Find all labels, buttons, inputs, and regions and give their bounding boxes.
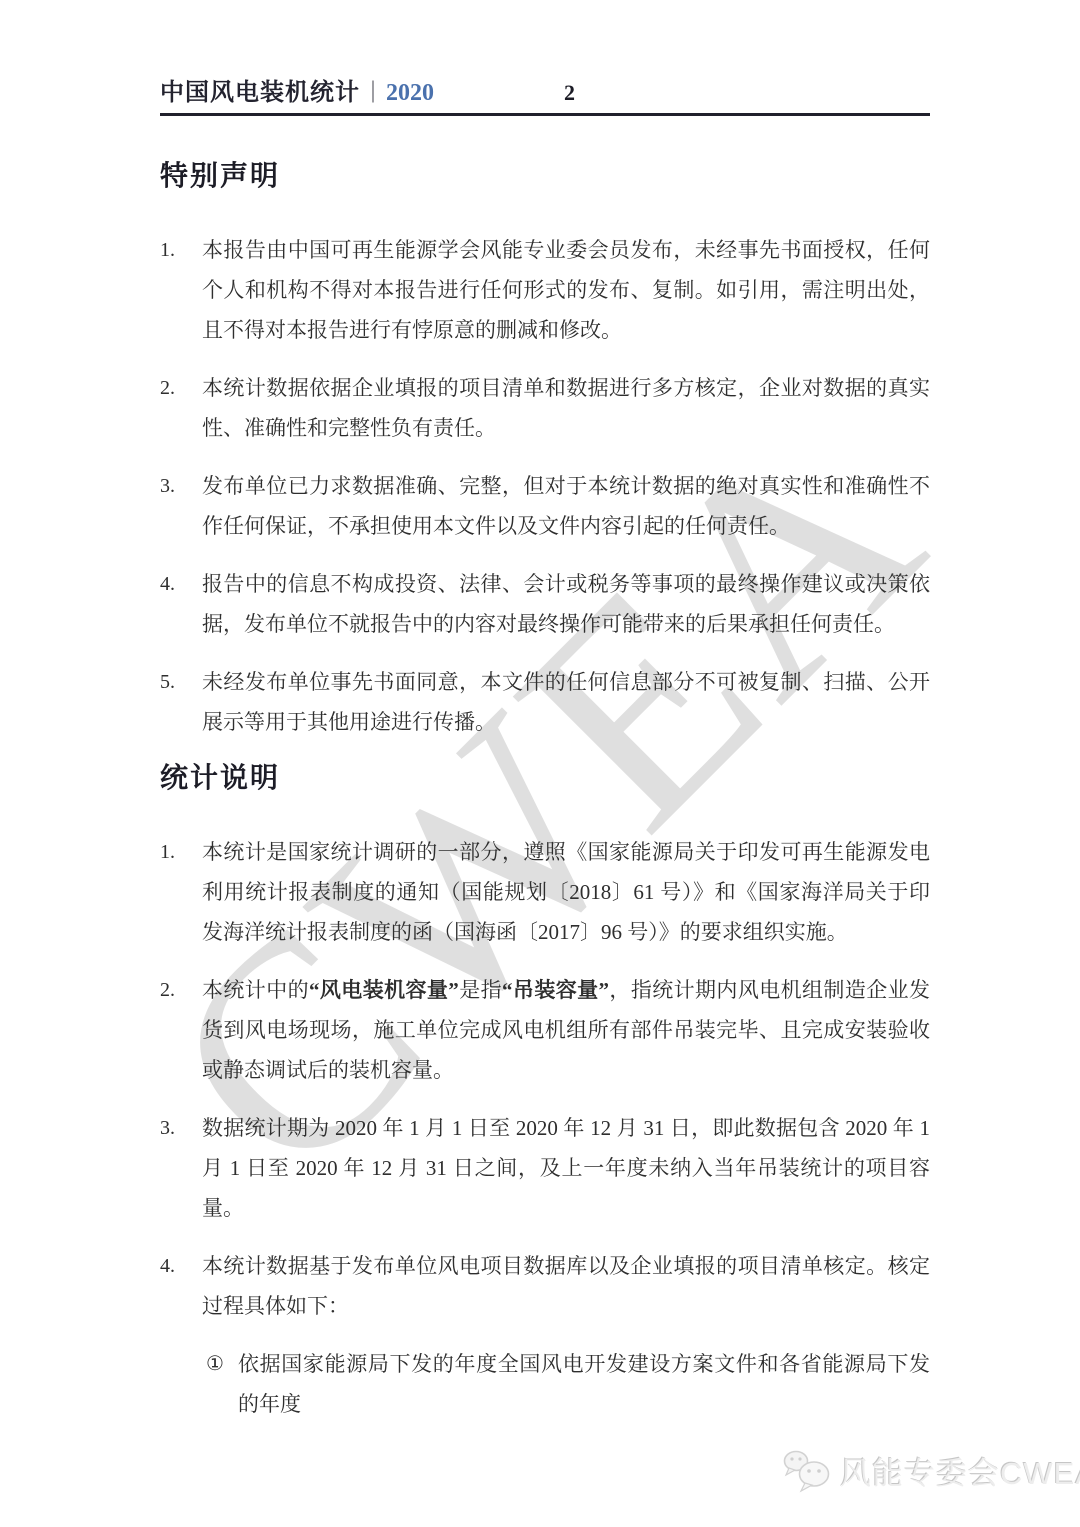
item-marker: 5. xyxy=(160,662,175,702)
item-text: 本统计中的“风电装机容量”是指“吊装容量”，指统计期内风电机组制造企业发货到风电… xyxy=(202,978,930,1082)
notes-item-4: 4. 本统计数据基于发布单位风电项目数据库以及企业填报的项目清单核定。核定过程具… xyxy=(160,1246,930,1326)
item-marker: 3. xyxy=(160,1108,175,1148)
notes-item-3: 3. 数据统计期为 2020 年 1 月 1 日至 2020 年 12 月 31… xyxy=(160,1108,930,1228)
notes-sub-item-1: ① 依据国家能源局下发的年度全国风电开发建设方案文件和各省能源局下发的年度 xyxy=(160,1344,930,1424)
wechat-icon xyxy=(782,1449,834,1493)
document-title: 中国风电装机统计 xyxy=(160,72,360,107)
section-heading-notes: 统计说明 xyxy=(160,762,930,796)
item-marker: 2. xyxy=(160,368,175,408)
declaration-item-3: 3. 发布单位已力求数据准确、完整，但对于本统计数据的绝对真实性和准确性不作任何… xyxy=(160,466,930,546)
item-marker: 2. xyxy=(160,970,175,1010)
section-heading-declaration: 特别声明 xyxy=(160,160,930,194)
footer-brand-text: 风能专委会CWEA xyxy=(840,1448,1080,1493)
notes-item-2: 2. 本统计中的“风电装机容量”是指“吊装容量”，指统计期内风电机组制造企业发货… xyxy=(160,970,930,1090)
declaration-item-4: 4. 报告中的信息不构成投资、法律、会计或税务等事项的最终操作建议或决策依据，发… xyxy=(160,564,930,644)
item-text: 未经发布单位事先书面同意，本文件的任何信息部分不可被复制、扫描、公开展示等用于其… xyxy=(202,670,930,734)
declaration-item-5: 5. 未经发布单位事先书面同意，本文件的任何信息部分不可被复制、扫描、公开展示等… xyxy=(160,662,930,742)
item-marker: 1. xyxy=(160,832,175,872)
item-text: 本统计数据依据企业填报的项目清单和数据进行多方核定，企业对数据的真实性、准确性和… xyxy=(202,376,930,440)
document-page: CWEA 中国风电装机统计 ｜ 2020 2 特别声明 1. 本报告由中国可再生… xyxy=(0,0,1080,1527)
item-text: 发布单位已力求数据准确、完整，但对于本统计数据的绝对真实性和准确性不作任何保证，… xyxy=(202,474,930,538)
notes-item-1: 1. 本统计是国家统计调研的一部分，遵照《国家能源局关于印发可再生能源发电利用统… xyxy=(160,832,930,952)
declaration-item-1: 1. 本报告由中国可再生能源学会风能专业委会员发布，未经事先书面授权，任何个人和… xyxy=(160,230,930,350)
page-header: 中国风电装机统计 ｜ 2020 2 xyxy=(160,72,930,116)
item-marker: 4. xyxy=(160,564,175,604)
sub-item-text: 依据国家能源局下发的年度全国风电开发建设方案文件和各省能源局下发的年度 xyxy=(238,1352,930,1416)
page-number: 2 xyxy=(564,80,575,106)
item-marker: 1. xyxy=(160,230,175,270)
item-text: 本报告由中国可再生能源学会风能专业委会员发布，未经事先书面授权，任何个人和机构不… xyxy=(202,238,930,342)
item-text: 本统计数据基于发布单位风电项目数据库以及企业填报的项目清单核定。核定过程具体如下… xyxy=(202,1254,930,1318)
item-text: 报告中的信息不构成投资、法律、会计或税务等事项的最终操作建议或决策依据，发布单位… xyxy=(202,572,930,636)
footer-brand: 风能专委会CWEA xyxy=(782,1448,1080,1493)
document-year: 2020 xyxy=(386,80,434,107)
item-marker: 3. xyxy=(160,466,175,506)
declaration-item-2: 2. 本统计数据依据企业填报的项目清单和数据进行多方核定，企业对数据的真实性、准… xyxy=(160,368,930,448)
sub-item-marker: ① xyxy=(206,1344,224,1384)
item-marker: 4. xyxy=(160,1246,175,1286)
document-body: 特别声明 1. 本报告由中国可再生能源学会风能专业委会员发布，未经事先书面授权，… xyxy=(160,160,930,1424)
item-text: 数据统计期为 2020 年 1 月 1 日至 2020 年 12 月 31 日，… xyxy=(202,1116,930,1220)
title-separator: ｜ xyxy=(362,76,384,107)
item-text: 本统计是国家统计调研的一部分，遵照《国家能源局关于印发可再生能源发电利用统计报表… xyxy=(202,840,930,944)
